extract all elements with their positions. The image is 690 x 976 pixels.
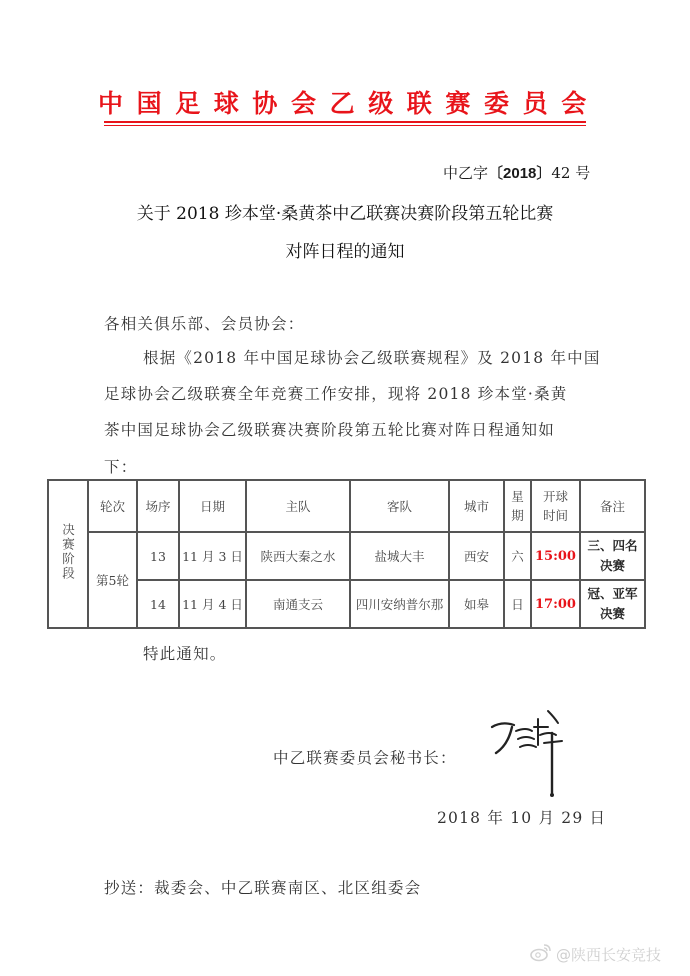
away-team: 盐城大丰 — [350, 532, 449, 580]
signature-date: 2018 年 10 月 29 日 — [437, 806, 606, 828]
round-cell: 第5轮 — [88, 532, 137, 628]
handwritten-signature-icon — [488, 705, 568, 800]
paragraph-line: 下： — [104, 455, 137, 477]
city: 西安 — [449, 532, 504, 580]
header-match-no: 场序 — [137, 480, 179, 532]
kickoff-time: 17:00 — [531, 580, 580, 628]
match-no: 13 — [137, 532, 179, 580]
doc-number-year: 〔2018〕 — [488, 165, 551, 182]
header-weekday: 星期 — [504, 480, 531, 532]
weekday: 日 — [504, 580, 531, 628]
red-rule-thick — [104, 121, 586, 123]
paragraph-line: 根据《2018 年中国足球协会乙级联赛规程》及 2018 年中国 — [143, 346, 601, 368]
cc-list: 抄送：裁委会、中乙联赛南区、北区组委会 — [104, 876, 421, 898]
org-title: 中国足球协会乙级联赛委员会 — [98, 84, 594, 124]
table-header-row: 决赛阶段 轮次 场序 日期 主队 客队 城市 星期 开球时间 备注 — [48, 480, 645, 532]
header-city: 城市 — [449, 480, 504, 532]
red-rule-thin — [104, 125, 586, 126]
match-date: 11 月 3 日 — [179, 532, 246, 580]
weibo-logo-icon — [530, 942, 552, 962]
header-home: 主队 — [246, 480, 350, 532]
match-date: 11 月 4 日 — [179, 580, 246, 628]
kickoff-time: 15:00 — [531, 532, 580, 580]
match-note: 冠、亚军决赛 — [580, 580, 645, 628]
home-team: 南通支云 — [246, 580, 350, 628]
match-no: 14 — [137, 580, 179, 628]
doc-number: 中乙字〔2018〕42 号 — [443, 162, 590, 183]
stage-cell: 决赛阶段 — [48, 480, 88, 628]
subject-line-1: 关于 2018 珍本堂·桑黄茶中乙联赛决赛阶段第五轮比赛 — [0, 199, 690, 224]
paragraph-line: 茶中国足球协会乙级联赛决赛阶段第五轮比赛对阵日程通知如 — [104, 418, 555, 440]
away-team: 四川安纳普尔那 — [350, 580, 449, 628]
signer-title: 中乙联赛委员会秘书长： — [273, 746, 457, 768]
header-round: 轮次 — [88, 480, 137, 532]
doc-number-prefix: 中乙字 — [443, 164, 488, 182]
header-note: 备注 — [580, 480, 645, 532]
header-kickoff: 开球时间 — [531, 480, 580, 532]
stage-label: 决赛阶段 — [59, 523, 78, 581]
salutation: 各相关俱乐部、会员协会： — [104, 312, 304, 334]
table-row: 第5轮 13 11 月 3 日 陕西大秦之水 盐城大丰 西安 六 15:00 三… — [48, 532, 645, 580]
watermark: @陕西长安竞技 — [556, 944, 661, 965]
city: 如皋 — [449, 580, 504, 628]
home-team: 陕西大秦之水 — [246, 532, 350, 580]
doc-number-suffix: 42 号 — [551, 164, 590, 182]
subject-line-2: 对阵日程的通知 — [0, 237, 690, 262]
closing-text: 特此通知。 — [143, 642, 227, 664]
weekday: 六 — [504, 532, 531, 580]
header-away: 客队 — [350, 480, 449, 532]
paragraph-line: 足球协会乙级联赛全年竞赛工作安排，现将 2018 珍本堂·桑黄 — [104, 382, 567, 404]
header-date: 日期 — [179, 480, 246, 532]
table-row: 14 11 月 4 日 南通支云 四川安纳普尔那 如皋 日 17:00 冠、亚军… — [48, 580, 645, 628]
schedule-table: 决赛阶段 轮次 场序 日期 主队 客队 城市 星期 开球时间 备注 第5轮 13… — [47, 479, 646, 629]
match-note: 三、四名决赛 — [580, 532, 645, 580]
